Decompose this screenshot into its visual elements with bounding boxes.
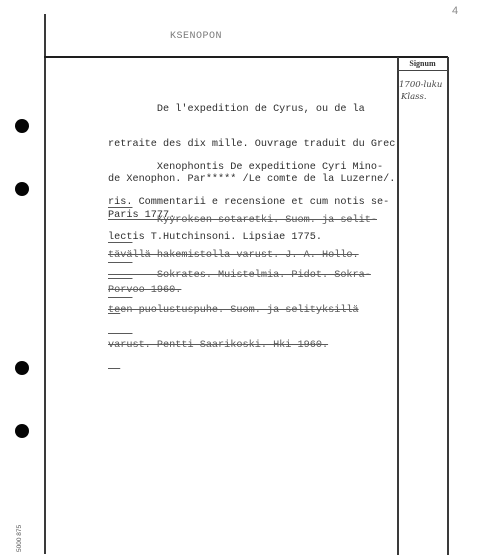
entry-line: varust. Pentti Saarikoski. Hki 1960. <box>108 340 371 352</box>
page-number: 4 <box>452 5 458 17</box>
signum-note-period: 1700-luku <box>399 80 442 90</box>
header-rule <box>44 56 448 58</box>
entry-line: teen puolustuspuhe. Suom. ja selityksill… <box>108 305 371 317</box>
punch-hole-icon <box>15 361 29 375</box>
entry-line: Kyyroksen sotaretki. Suom. ja selit- <box>108 215 377 227</box>
card-heading: KSENOPON <box>170 31 222 42</box>
entry-line: De l'expedition de Cyrus, ou de la <box>108 104 395 116</box>
signum-note-class: Klass. <box>401 92 427 102</box>
stock-code: 5000 875 <box>16 525 23 552</box>
catalog-entry-struck: Sokrates. Muistelmia. Pidot. Sokra- teen… <box>108 246 371 376</box>
entry-line: Sokrates. Muistelmia. Pidot. Sokra- <box>108 270 371 282</box>
punch-hole-icon <box>15 424 29 438</box>
entry-line: Xenophontis De expeditione Cyri Mino- <box>108 162 389 174</box>
signum-column-right-line <box>447 57 449 555</box>
punch-hole-icon <box>15 182 29 196</box>
punch-hole-icon <box>15 119 29 133</box>
signum-header: Signum <box>398 59 447 68</box>
left-margin-line <box>44 14 46 554</box>
signum-header-rule <box>397 70 448 71</box>
signum-column-left-line <box>397 57 399 555</box>
